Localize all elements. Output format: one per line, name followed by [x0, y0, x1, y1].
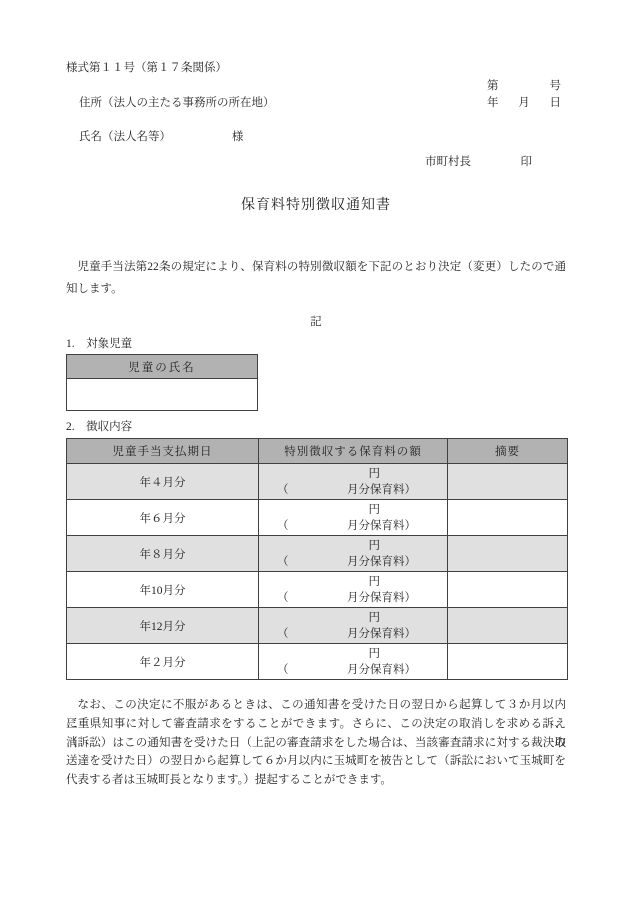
paren-text: 月分保育料）: [347, 626, 416, 642]
col-header-remarks: 摘要: [448, 439, 568, 464]
paren-text: 月分保育料）: [347, 554, 416, 570]
notation-ki: 記: [66, 314, 566, 330]
remarks-cell: [448, 464, 568, 500]
paren-open: （: [277, 626, 289, 642]
amount-paren-line: （ 月分保育料）: [259, 554, 447, 570]
table-row: [67, 379, 258, 411]
date-year-label: 年: [487, 95, 499, 111]
period-cell: 年10月分: [67, 572, 259, 608]
child-name-header-cell: 児童の氏名: [67, 355, 258, 379]
collection-table: 児童手当支払期日 特別徴収する保育料の額 摘要 年４月分 円 （ 月分保育料） …: [66, 438, 568, 680]
appeal-line: 送達を受けた日）の翌日から起算して６か月以内に玉城町を被告として（訴訟において玉…: [66, 752, 566, 771]
honorific-label: 様: [232, 131, 244, 143]
address-date-line: 住所（法人の主たる事務所の所在地） 年 月 日: [66, 95, 566, 111]
amount-paren-line: （ 月分保育料）: [259, 626, 447, 642]
paren-text: 月分保育料）: [347, 662, 416, 678]
amount-unit-label: 円: [259, 574, 447, 590]
section1-heading: 1. 対象児童: [66, 336, 566, 352]
amount-cell: 円 （ 月分保育料）: [259, 572, 448, 608]
mayor-label: 市町村長: [425, 154, 471, 170]
remarks-cell: [448, 536, 568, 572]
amount-paren-line: （ 月分保育料）: [259, 482, 447, 498]
mayor-seal-line: 市町村長 印: [66, 154, 566, 170]
doc-number-suffix: 号: [550, 78, 562, 94]
doc-number-box: 第 号: [487, 78, 561, 94]
recipient-name-label: 氏名（法人名等）: [79, 131, 171, 143]
table-row: 年２月分 円 （ 月分保育料）: [67, 644, 568, 680]
amount-unit-label: 円: [259, 538, 447, 554]
section2-heading: 2. 徴収内容: [66, 419, 566, 435]
table-row: 年10月分 円 （ 月分保育料）: [67, 572, 568, 608]
mayor-seal-box: 市町村長 印: [425, 154, 532, 170]
appeal-paragraph: なお、この決定に不服があるときは、この通知書を受けた日の翌日から起算して３か月以…: [66, 696, 566, 790]
appeal-line: 消訴訟）はこの通知書を受けた日（上記の審査請求をした場合は、当該審査請求に対する…: [66, 734, 566, 753]
amount-cell: 円 （ 月分保育料）: [259, 644, 448, 680]
period-cell: 年２月分: [67, 644, 259, 680]
issue-date-box: 年 月 日: [487, 95, 561, 111]
intro-line: 知します。: [66, 278, 566, 300]
table-row: 年８月分 円 （ 月分保育料）: [67, 536, 568, 572]
recipient-name-line: 氏名（法人名等） 様: [79, 129, 566, 145]
appeal-line: 三重県知事に対して審査請求をすることができます。さらに、この決定の取消しを求める…: [66, 715, 566, 734]
period-cell: 年８月分: [67, 536, 259, 572]
paren-text: 月分保育料）: [347, 482, 416, 498]
appeal-line: 代表する者は玉城町長となります。）提起することができます。: [66, 771, 566, 790]
remarks-cell: [448, 572, 568, 608]
amount-unit-label: 円: [259, 610, 447, 626]
intro-line: 児童手当法第22条の規定により、保育料の特別徴収額を下記のとおり決定（変更）した…: [66, 256, 566, 278]
appeal-line: なお、この決定に不服があるときは、この通知書を受けた日の翌日から起算して３か月以…: [66, 696, 566, 715]
amount-paren-line: （ 月分保育料）: [259, 662, 447, 678]
paren-text: 月分保育料）: [347, 518, 416, 534]
date-month-label: 月: [518, 95, 530, 111]
paren-text: 月分保育料）: [347, 590, 416, 606]
seal-label: 印: [521, 154, 533, 170]
amount-cell: 円 （ 月分保育料）: [259, 500, 448, 536]
period-cell: 年４月分: [67, 464, 259, 500]
amount-unit-label: 円: [259, 646, 447, 662]
amount-unit-label: 円: [259, 502, 447, 518]
amount-unit-label: 円: [259, 466, 447, 482]
document-title: 保育料特別徴収通知書: [66, 196, 566, 216]
paren-open: （: [277, 554, 289, 570]
address-label: 住所（法人の主たる事務所の所在地）: [79, 95, 275, 111]
document-page: 様式第１１号（第１７条関係） 第 号 住所（法人の主たる事務所の所在地） 年 月…: [0, 0, 630, 903]
amount-cell: 円 （ 月分保育料）: [259, 608, 448, 644]
amount-paren-line: （ 月分保育料）: [259, 518, 447, 534]
col-header-amount: 特別徴収する保育料の額: [259, 439, 448, 464]
period-cell: 年６月分: [67, 500, 259, 536]
child-name-value-cell: [67, 379, 258, 411]
amount-paren-line: （ 月分保育料）: [259, 590, 447, 606]
remarks-cell: [448, 608, 568, 644]
table-header-row: 児童手当支払期日 特別徴収する保育料の額 摘要: [67, 439, 568, 464]
paren-open: （: [277, 518, 289, 534]
paren-open: （: [277, 590, 289, 606]
remarks-cell: [448, 500, 568, 536]
intro-paragraph: 児童手当法第22条の規定により、保育料の特別徴収額を下記のとおり決定（変更）した…: [66, 256, 566, 300]
doc-number-line: 第 号: [66, 78, 566, 94]
doc-number-prefix: 第: [487, 78, 499, 94]
table-row: 年６月分 円 （ 月分保育料）: [67, 500, 568, 536]
target-child-table: 児童の氏名: [66, 354, 258, 411]
date-day-label: 日: [550, 95, 562, 111]
amount-cell: 円 （ 月分保育料）: [259, 536, 448, 572]
amount-cell: 円 （ 月分保育料）: [259, 464, 448, 500]
remarks-cell: [448, 644, 568, 680]
col-header-payment-date: 児童手当支払期日: [67, 439, 259, 464]
table-row: 年４月分 円 （ 月分保育料）: [67, 464, 568, 500]
paren-open: （: [277, 482, 289, 498]
period-cell: 年12月分: [67, 608, 259, 644]
paren-open: （: [277, 662, 289, 678]
form-number: 様式第１１号（第１７条関係）: [66, 60, 566, 76]
table-row: 年12月分 円 （ 月分保育料）: [67, 608, 568, 644]
